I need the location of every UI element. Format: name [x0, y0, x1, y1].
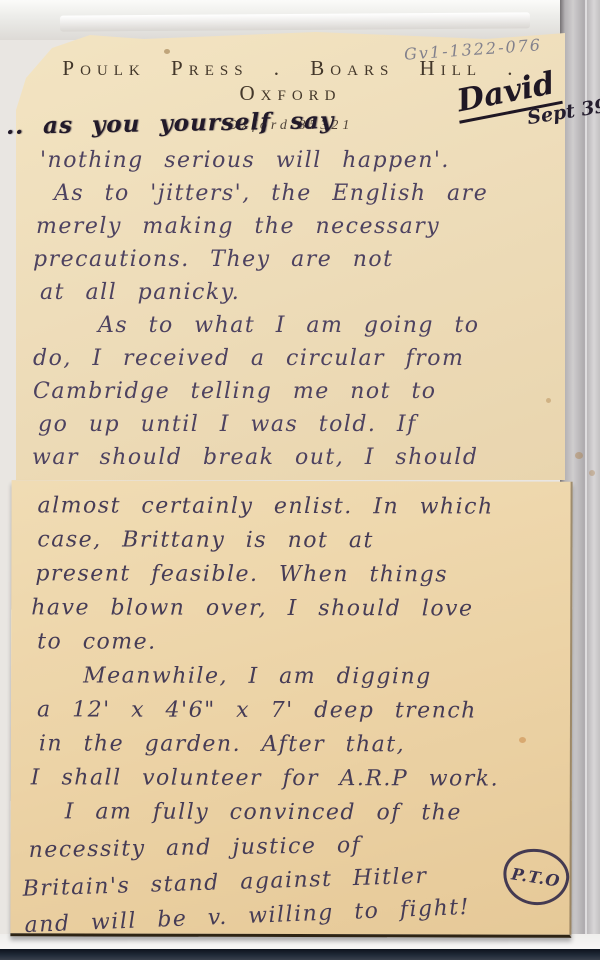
- torn-hinge-edge: [60, 12, 530, 31]
- foxing-spot: [575, 452, 583, 459]
- handwriting-line: almost certainly enlist. In which: [37, 489, 566, 524]
- handwriting-line: I am fully convinced of the: [65, 795, 566, 830]
- handwriting-line: 'nothing serious will happen'.: [40, 144, 559, 177]
- handwriting-line: have blown over, I should love: [31, 591, 566, 626]
- handwriting-line: case, Brittany is not at: [37, 523, 566, 558]
- handwriting-line: As to what I am going to: [98, 309, 559, 342]
- handwriting-line: in the garden. After that,: [39, 727, 566, 762]
- handwriting-line: As to 'jitters', the English are: [54, 177, 559, 210]
- spine-highlight: [585, 0, 587, 948]
- handwriting-line: war should break out, I should: [32, 441, 559, 474]
- handwritten-text-page-2: almost certainly enlist. In which case, …: [20, 489, 566, 932]
- handwriting-line: a 12' x 4'6" x 7' deep trench: [37, 693, 566, 728]
- foxing-spot: [164, 49, 170, 54]
- handwriting-line: do, I received a circular from: [33, 342, 559, 375]
- handwriting-line: present feasible. When things: [35, 557, 566, 592]
- handwriting-line: at all panicky.: [40, 276, 559, 309]
- handwriting-line: go up until I was told. If: [38, 408, 559, 441]
- smudged-opening-line: .. as you yourself say: [6, 107, 335, 140]
- handwriting-line: merely making the necessary: [36, 210, 559, 243]
- handwriting-line: to come.: [37, 625, 566, 660]
- handwriting-line: I shall volunteer for A.R.P work.: [31, 761, 566, 796]
- handwriting-line: Cambridge telling me not to: [33, 375, 559, 408]
- handwritten-text-page-1: 'nothing serious will happen'. As to 'ji…: [28, 144, 559, 474]
- foxing-spot: [519, 737, 526, 743]
- album-edge-bar: [0, 949, 600, 960]
- foxing-spot: [546, 398, 551, 403]
- letter-page-2: almost certainly enlist. In which case, …: [10, 480, 572, 937]
- handwriting-line: Meanwhile, I am digging: [83, 659, 566, 694]
- foxing-spot: [589, 470, 595, 476]
- handwriting-line: precautions. They are not: [33, 243, 559, 276]
